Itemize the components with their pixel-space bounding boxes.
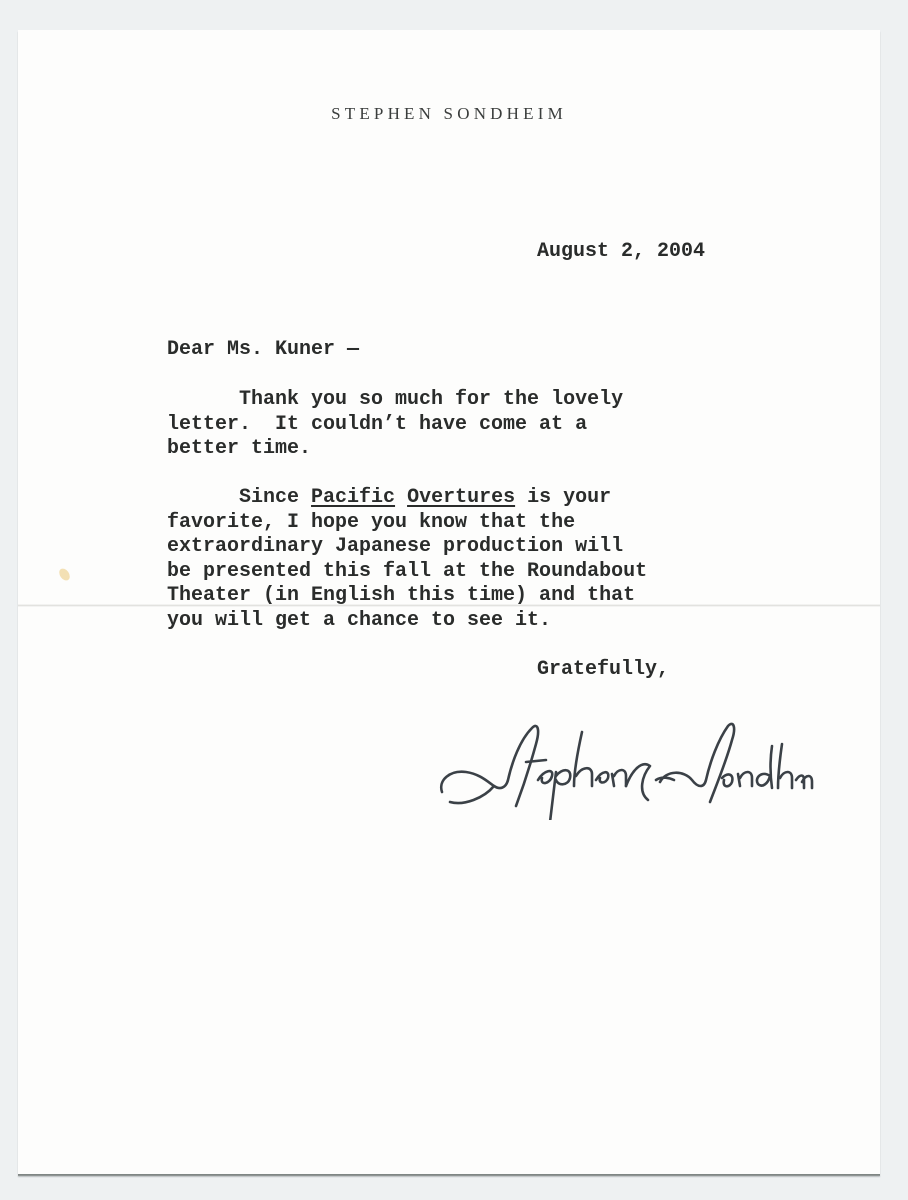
paragraph-2-line: extraordinary Japanese production will (167, 535, 647, 560)
salutation: Dear Ms. Kuner — (167, 338, 359, 361)
paragraph-1: Thank you so much for the lovelyletter. … (167, 388, 623, 462)
paragraph-2-first-line: Since Pacific Overtures is your (167, 486, 647, 511)
letterhead: STEPHEN SONDHEIM (18, 104, 880, 124)
letter-paper: STEPHEN SONDHEIM August 2, 2004 Dear Ms.… (18, 30, 880, 1175)
signature-icon: Stephen Sondheim (436, 710, 816, 820)
closing: Gratefully, (537, 658, 669, 681)
title-space (395, 486, 407, 509)
title-underlined-overtures: Overtures (407, 486, 515, 509)
paragraph-2-line: favorite, I hope you know that the (167, 511, 647, 536)
paragraph-2-line: Theater (in English this time) and that (167, 584, 647, 609)
paragraph-2-line: be presented this fall at the Roundabout (167, 560, 647, 585)
paper-stain (57, 567, 72, 583)
paragraph-2-line: you will get a chance to see it. (167, 609, 647, 634)
paragraph-1-line: Thank you so much for the lovely (167, 388, 623, 413)
line-prefix: Since (167, 486, 311, 509)
line-suffix: is your (515, 486, 611, 509)
title-underlined-pacific: Pacific (311, 486, 395, 509)
paragraph-1-line: better time. (167, 437, 623, 462)
paragraph-2: Since Pacific Overtures is yourfavorite,… (167, 486, 647, 633)
letter-date: August 2, 2004 (537, 240, 705, 263)
paragraph-1-line: letter. It couldn’t have come at a (167, 413, 623, 438)
